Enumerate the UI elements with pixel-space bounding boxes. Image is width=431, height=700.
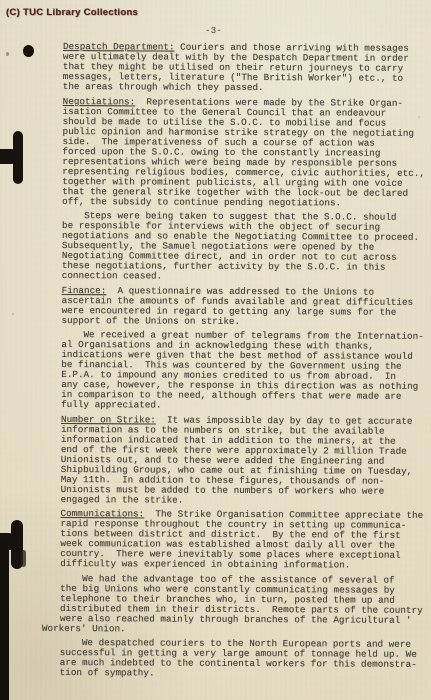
typed-line: connection ceased.: [62, 271, 428, 283]
typed-line: support of the Unions on strike.: [62, 315, 428, 327]
punch-hole-dot: [23, 45, 34, 57]
typed-line: tion of sympathy.: [60, 668, 426, 680]
scanned-page: (C) TUC Library Collections -3- Despatch…: [0, 0, 431, 700]
typed-line: engaged in the strike.: [61, 494, 427, 506]
library-watermark: (C) TUC Library Collections: [6, 7, 138, 17]
paragraph: We received a great number of telegrams …: [61, 330, 427, 412]
paper-speck: [12, 313, 14, 315]
paragraph: Steps were being taken to suggest that t…: [62, 211, 428, 283]
typed-line: off, the subsidy to continue pending neg…: [62, 196, 428, 208]
paper-fastener-top-bar-icon: [0, 149, 18, 164]
paragraph: We had the advantage too of the assistan…: [60, 573, 426, 635]
scan-edge-strip: [0, 540, 9, 700]
typed-line: difficulty was experienced in obtaining …: [60, 559, 426, 571]
paper-speck: [6, 52, 9, 56]
paper-speck: [418, 116, 420, 118]
document-text: Despatch Department: Couriers and those …: [60, 42, 429, 684]
paragraph: Number on Strike: It was impossible day …: [61, 414, 427, 506]
fastener-shadow: [21, 550, 26, 567]
typed-line: fully appreciated.: [61, 400, 427, 412]
paragraph: Communications: The Strike Organisation …: [60, 509, 426, 571]
section-heading: Finance:: [62, 284, 107, 295]
paragraph: Negotiations: Representations were made …: [62, 96, 429, 208]
paragraph: Finance: A questionnaire was addressed t…: [62, 285, 428, 327]
paragraph: We despatched couriers to the North Euro…: [60, 638, 426, 680]
typed-line: the areas through which they passed.: [63, 82, 429, 94]
page-number: -3-: [205, 25, 222, 36]
paragraph: Despatch Department: Couriers and those …: [63, 42, 429, 94]
typed-line: Workers' Union.: [42, 623, 426, 635]
